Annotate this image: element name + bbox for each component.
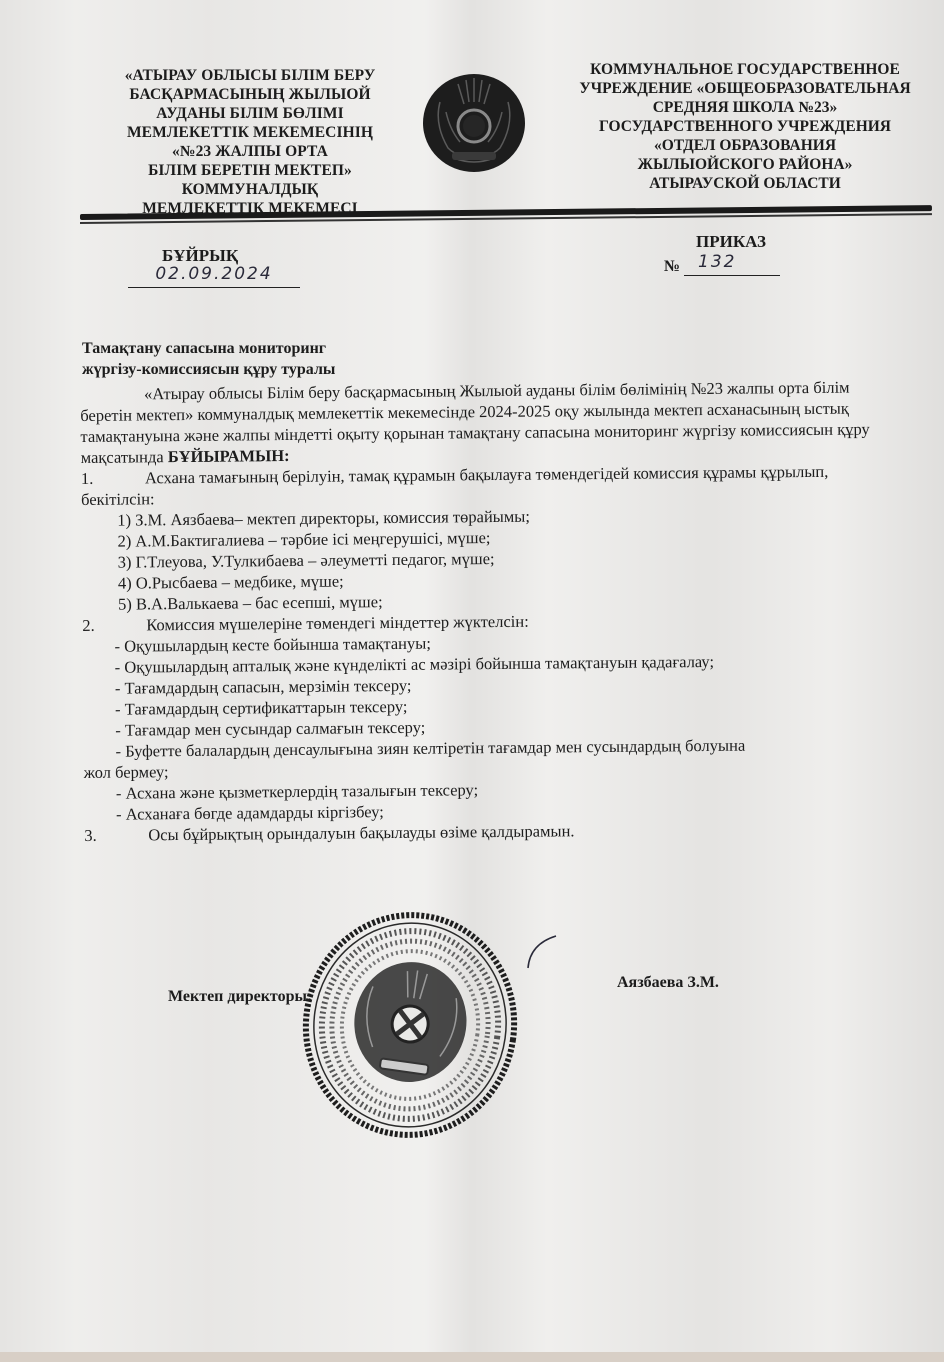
header-line: СРЕДНЯЯ ШКОЛА №23»: [560, 98, 930, 117]
item-number: 1.: [81, 467, 145, 489]
item-2: 2.Комиссия мүшелеріне төмендегі міндетте…: [82, 607, 874, 825]
item-number: 3.: [84, 824, 148, 846]
header-line: КОММУНАЛЬНОЕ ГОСУДАРСТВЕННОЕ: [560, 60, 930, 79]
header-line: КОММУНАЛДЫҚ: [80, 180, 420, 199]
header-line: БАСҚАРМАСЫНЫҢ ЖЫЛЫОЙ: [80, 85, 420, 104]
header-line: «ОТДЕЛ ОБРАЗОВАНИЯ: [560, 136, 930, 155]
order-number: 132: [684, 252, 780, 276]
header-line: АТЫРАУСКОЙ ОБЛАСТИ: [560, 174, 930, 193]
signatory-position: Мектеп директоры:: [168, 988, 312, 1006]
header-line: УЧРЕЖДЕНИЕ «ОБЩЕОБРАЗОВАТЕЛЬНАЯ: [560, 79, 930, 98]
item-text: Комиссия мүшелеріне төмендегі міндеттер …: [146, 611, 529, 636]
state-emblem-icon: [420, 72, 528, 174]
preamble: «Атырау облысы Білім беру басқармасының …: [80, 376, 871, 468]
item-1: 1.Асхана тамағының берілуін, тамақ құрам…: [81, 460, 872, 615]
header-line: «№23 ЖАЛПЫ ОРТА: [80, 142, 420, 161]
item-text: Асхана тамағының берілуін, тамақ құрамын…: [81, 462, 828, 509]
signatory-name: Аязбаева З.М.: [617, 974, 719, 992]
document-title: Тамақтану сапасына мониторинг жүргізу-ко…: [82, 338, 335, 380]
item-number: 2.: [82, 614, 146, 636]
preamble-emphasis: БҰЙЫРАМЫН: [168, 446, 285, 466]
header-line: ЖЫЛЫОЙСКОГО РАЙОНА»: [560, 155, 930, 174]
commission-members: 1) З.М. Аязбаева– мектеп директоры, коми…: [81, 502, 872, 615]
order-label-russian: ПРИКАЗ: [696, 232, 766, 252]
signature-mark-icon: [520, 930, 590, 970]
header-kazakh-institution: «АТЫРАУ ОБЛЫСЫ БІЛІМ БЕРУ БАСҚАРМАСЫНЫҢ …: [80, 66, 420, 218]
order-date: 02.09.2024: [128, 264, 300, 288]
header-line: «АТЫРАУ ОБЛЫСЫ БІЛІМ БЕРУ: [80, 66, 420, 85]
order-number-label: №: [664, 258, 680, 276]
header-line: ГОСУДАРСТВЕННОГО УЧРЕЖДЕНИЯ: [560, 117, 930, 136]
official-seal-icon: [287, 898, 532, 1152]
commission-duties: - Оқушылардың кесте бойынша тамақтануы; …: [82, 628, 874, 825]
title-line: Тамақтану сапасына мониторинг: [82, 338, 335, 359]
header-line: БІЛІМ БЕРЕТІН МЕКТЕП»: [80, 161, 420, 180]
title-line: жүргізу-комиссиясын құру туралы: [82, 359, 335, 380]
header-line: МЕМЛЕКЕТТІК МЕКЕМЕСІНІҢ: [80, 123, 420, 142]
item-text: Осы бұйрықтың орындалуын бақылауды өзіме…: [148, 820, 574, 845]
header-russian-institution: КОММУНАЛЬНОЕ ГОСУДАРСТВЕННОЕ УЧРЕЖДЕНИЕ …: [560, 60, 930, 193]
page-edge: [0, 1352, 944, 1362]
header-line: АУДАНЫ БІЛІМ БӨЛІМІ: [80, 104, 420, 123]
order-label-kazakh: БҰЙРЫҚ: [162, 246, 238, 266]
document-body: «Атырау облысы Білім беру басқармасының …: [80, 376, 874, 846]
